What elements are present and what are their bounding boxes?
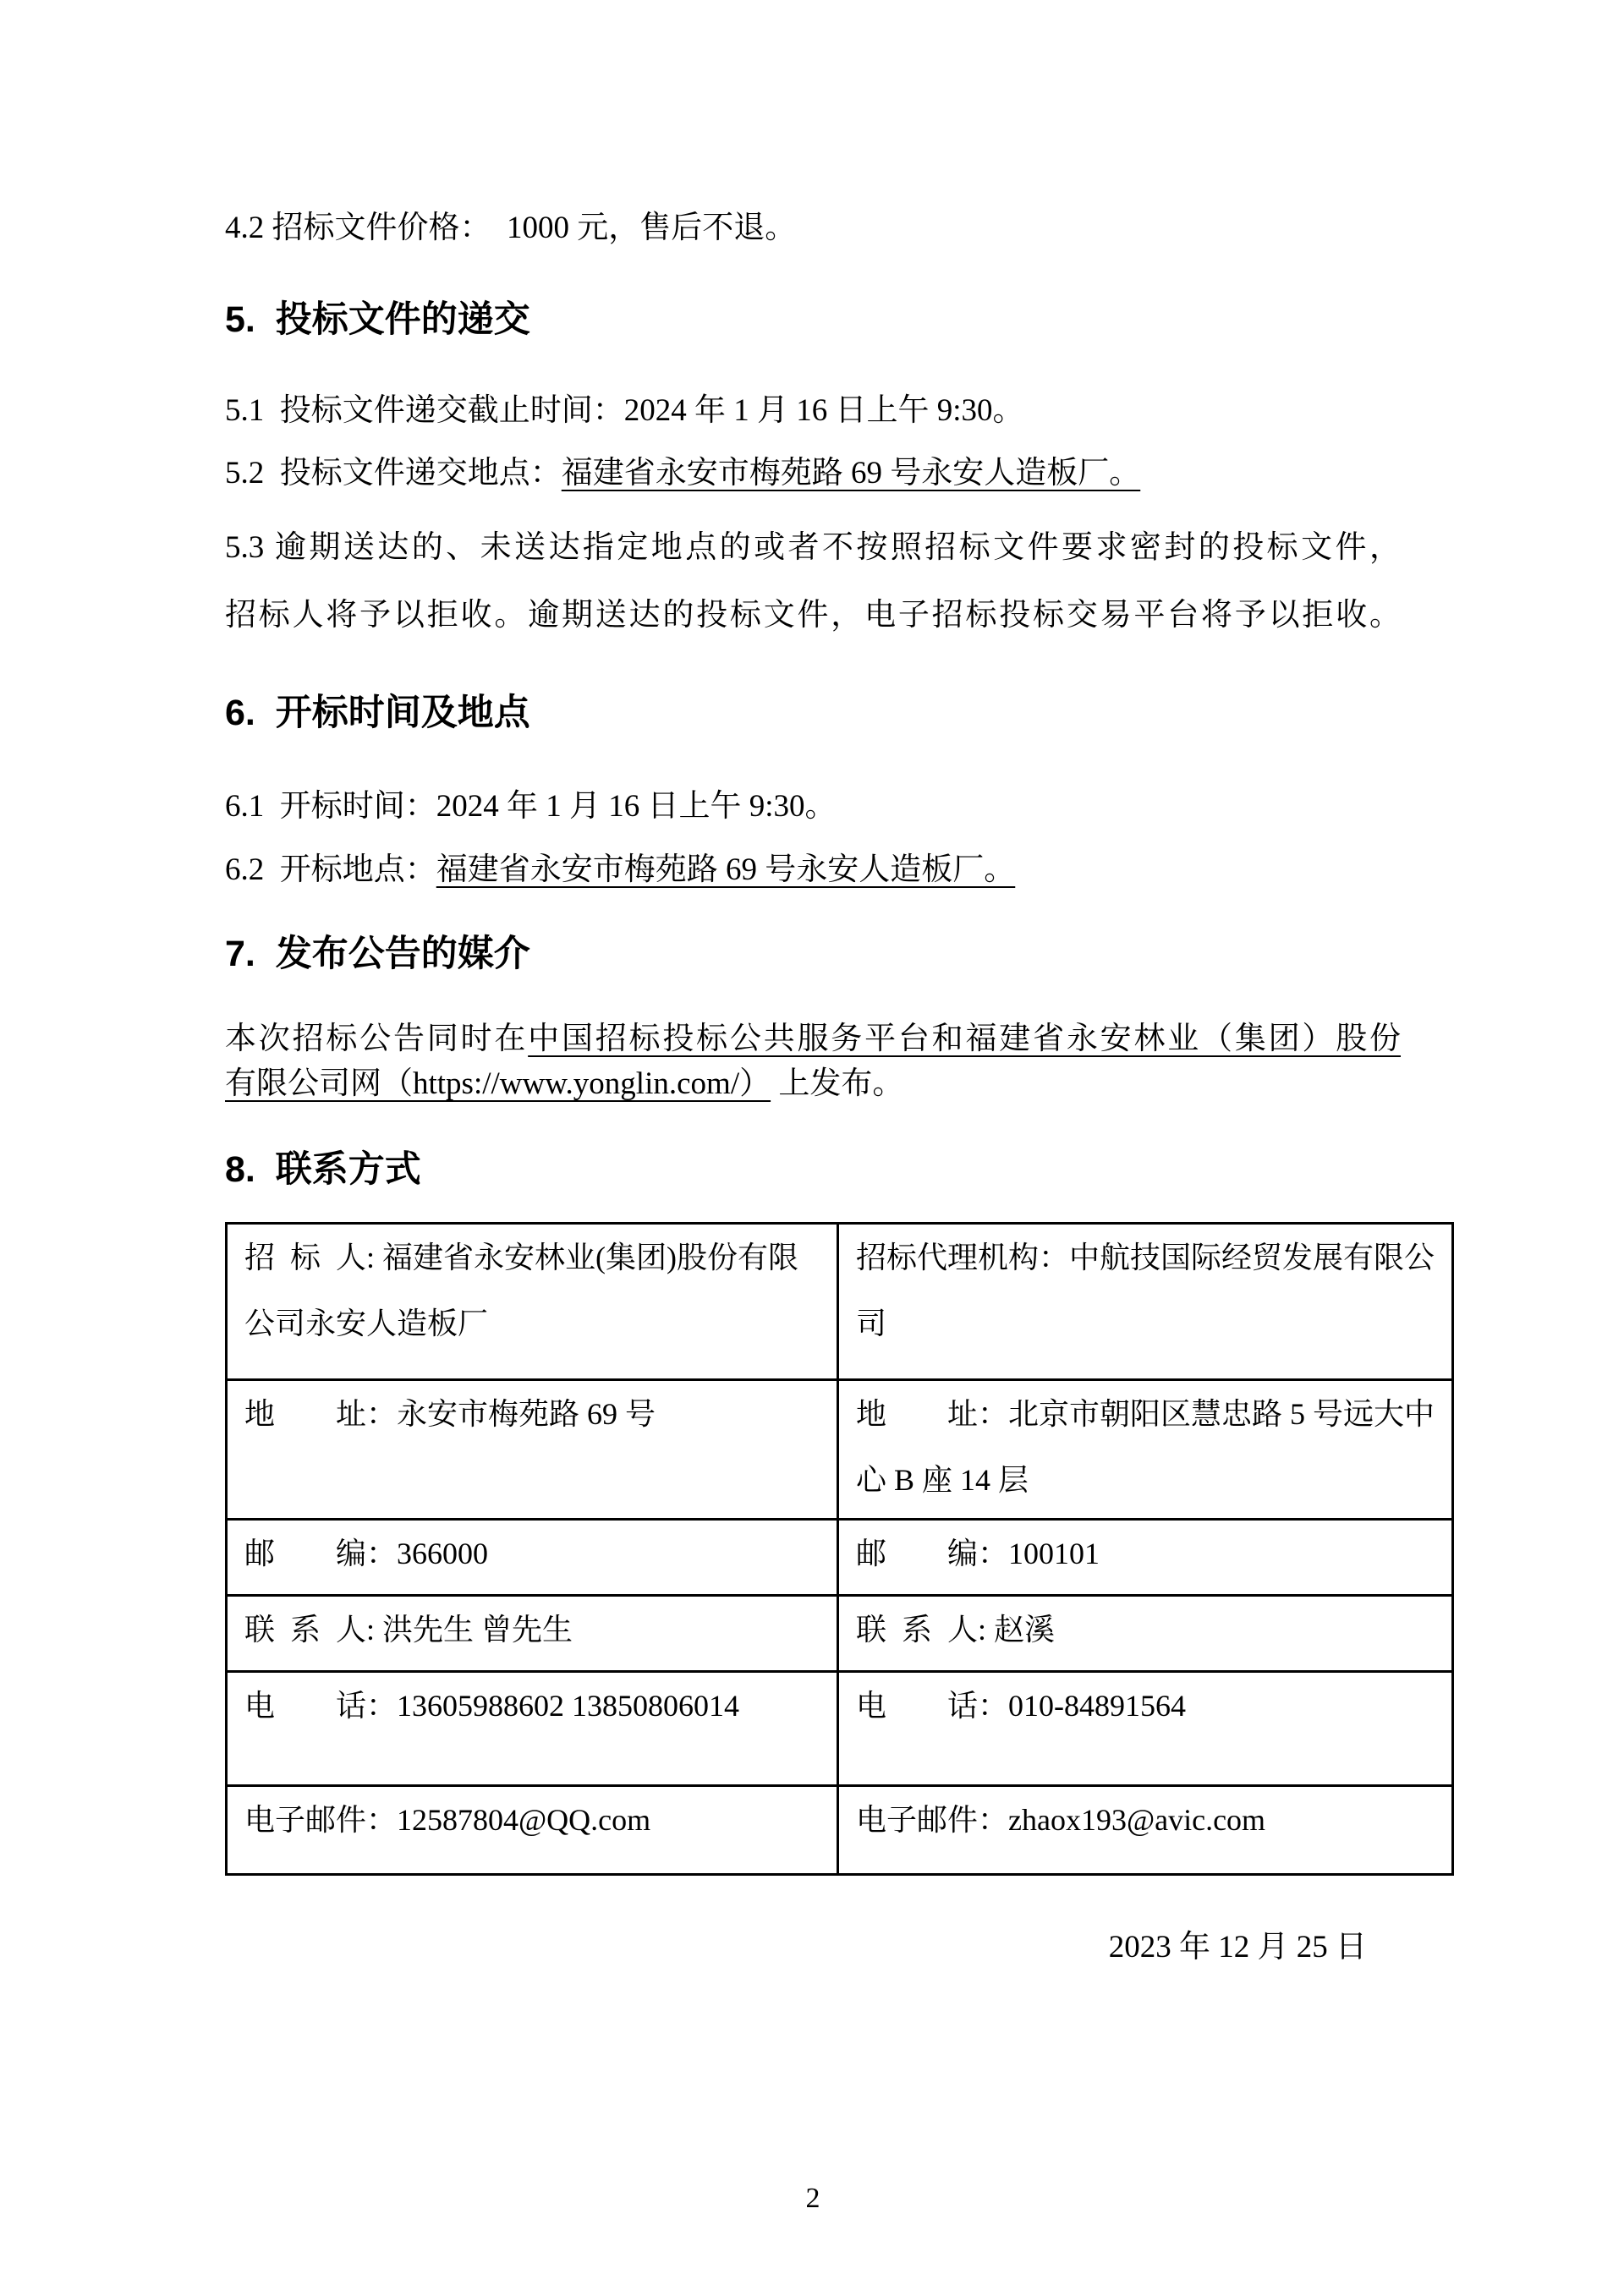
announcement-media-underlined-2: 有限公司网（https://www.yonglin.com/） (225, 1066, 771, 1101)
agency-postcode-cell: 邮 编：100101 (838, 1520, 1453, 1596)
clause-6-1: 6.1 开标时间：2024 年 1 月 16 日上午 9:30。 (225, 786, 1401, 827)
agency-phone-cell: 电 话：010-84891564 (838, 1672, 1453, 1786)
table-row-contact-person: 联 系 人: 洪先生 曾先生 联 系 人: 赵溪 (227, 1596, 1453, 1672)
bidder-postcode-cell: 邮 编：366000 (227, 1520, 838, 1596)
bidder-name-cell: 招 标 人: 福建省永安林业(集团)股份有限公司永安人造板厂 (227, 1224, 838, 1380)
bidder-email-cell: 电子邮件：12587804@QQ.com (227, 1786, 838, 1875)
page-number: 2 (225, 2182, 1401, 2216)
document-date: 2023 年 12 月 25 日 (225, 1927, 1401, 1968)
table-row-phone: 电 话：13605988602 13850806014 电 话：010-8489… (227, 1672, 1453, 1786)
announcement-media-prefix: 本次招标公告同时在 (225, 1022, 528, 1056)
announcement-media-suffix: 上发布。 (771, 1066, 903, 1101)
agency-address-cell: 地 址：北京市朝阳区慧忠路 5 号远大中心 B 座 14 层 (838, 1380, 1453, 1520)
clause-5-1: 5.1 投标文件递交截止时间：2024 年 1 月 16 日上午 9:30。 (225, 391, 1401, 431)
clause-5-2-underlined-address: 福建省永安市梅苑路 69 号永安人造板厂。 (562, 456, 1141, 490)
clause-6-2-label: 6.2 开标地点： (225, 852, 436, 887)
agency-name-cell: 招标代理机构：中航技国际经贸发展有限公司 (838, 1224, 1453, 1380)
agency-contact-cell: 联 系 人: 赵溪 (838, 1596, 1453, 1672)
clause-5-3-line-1: 5.3 逾期送达的、未送达指定地点的或者不按照招标文件要求密封的投标文件， (225, 528, 1401, 568)
bidder-phone-cell: 电 话：13605988602 13850806014 (227, 1672, 838, 1786)
clause-6-2: 6.2 开标地点：福建省永安市梅苑路 69 号永安人造板厂。 (225, 850, 1401, 890)
announcement-media-line-1: 本次招标公告同时在中国招标投标公共服务平台和福建省永安林业（集团）股份 (225, 1019, 1401, 1060)
section-6-heading: 6. 开标时间及地点 (225, 689, 1401, 737)
bidder-address-cell: 地 址：永安市梅苑路 69 号 (227, 1380, 838, 1520)
agency-email-cell: 电子邮件：zhaox193@avic.com (838, 1786, 1453, 1875)
section-7-heading: 7. 发布公告的媒介 (225, 930, 1401, 978)
clause-4-2: 4.2 招标文件价格： 1000 元，售后不退。 (225, 208, 1401, 249)
table-row-email: 电子邮件：12587804@QQ.com 电子邮件：zhaox193@avic.… (227, 1786, 1453, 1875)
section-5-heading: 5. 投标文件的递交 (225, 296, 1401, 343)
clause-5-2-label: 5.2 投标文件递交地点： (225, 456, 562, 490)
bidder-contact-cell: 联 系 人: 洪先生 曾先生 (227, 1596, 838, 1672)
table-row-postcode: 邮 编：366000 邮 编：100101 (227, 1520, 1453, 1596)
announcement-media-line-2: 有限公司网（https://www.yonglin.com/） 上发布。 (225, 1064, 1401, 1104)
contact-table: 招 标 人: 福建省永安林业(集团)股份有限公司永安人造板厂 招标代理机构：中航… (225, 1222, 1454, 1876)
announcement-media-underlined-1: 中国招标投标公共服务平台和福建省永安林业（集团）股份 (528, 1022, 1401, 1056)
clause-6-2-underlined-address: 福建省永安市梅苑路 69 号永安人造板厂。 (436, 852, 1016, 887)
clause-5-2: 5.2 投标文件递交地点：福建省永安市梅苑路 69 号永安人造板厂。 (225, 453, 1401, 494)
document-page: 4.2 招标文件价格： 1000 元，售后不退。 5. 投标文件的递交 5.1 … (0, 0, 1624, 2296)
table-row-bidder: 招 标 人: 福建省永安林业(集团)股份有限公司永安人造板厂 招标代理机构：中航… (227, 1224, 1453, 1380)
table-row-address: 地 址：永安市梅苑路 69 号 地 址：北京市朝阳区慧忠路 5 号远大中心 B … (227, 1380, 1453, 1520)
section-8-heading: 8. 联系方式 (225, 1146, 1401, 1193)
clause-5-3-line-2: 招标人将予以拒收。逾期送达的投标文件，电子招标投标交易平台将予以拒收。 (225, 595, 1401, 636)
